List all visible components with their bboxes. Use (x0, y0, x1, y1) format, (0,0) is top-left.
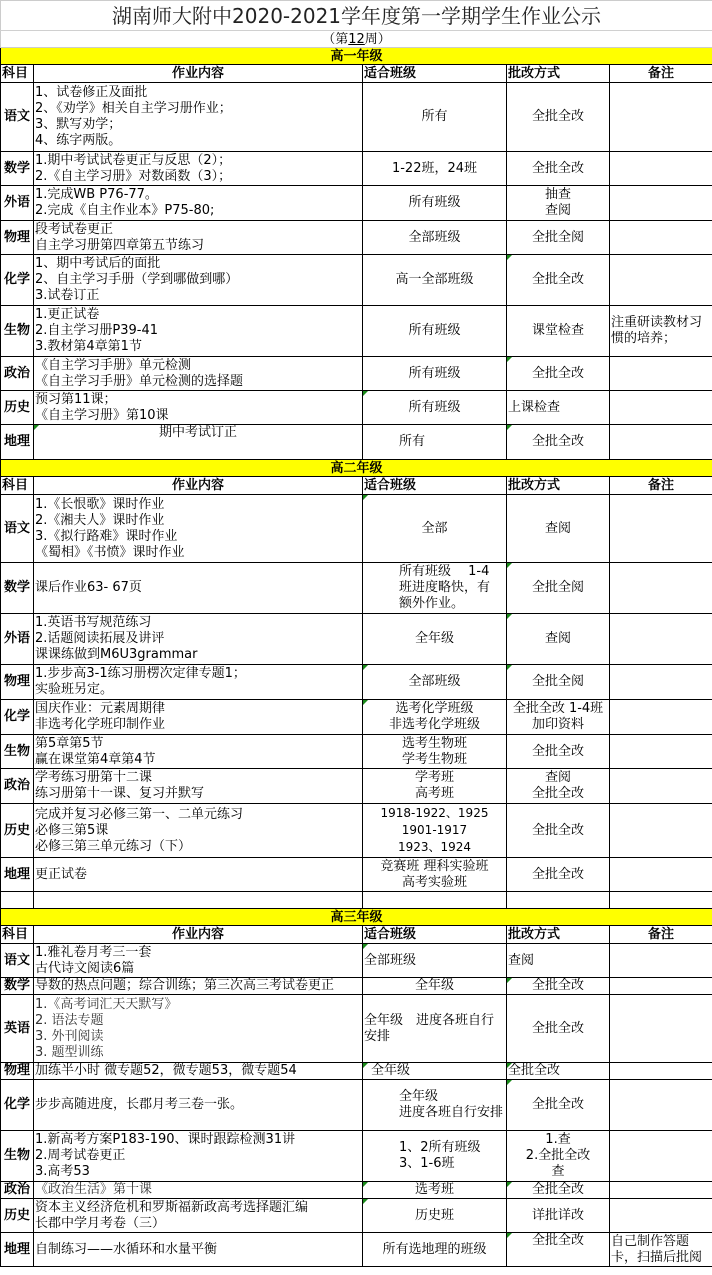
page-title: 湖南师大附中2020-2021学年度第一学期学生作业公示 (1, 1, 712, 31)
classes-cell: 选考生物班 学考生物班 (363, 735, 507, 769)
classes-cell: 1-22班，24班 (363, 152, 507, 186)
classes-cell: 所有班级 (363, 391, 507, 425)
grading-cell: 全批全改 (507, 1063, 610, 1080)
table-row: 英语 1.《高考词汇天天默写》 2. 语法专题 3. 外刊阅读 3. 题型训练 … (1, 995, 712, 1063)
grading-cell: 抽查 查阅 (507, 186, 610, 221)
classes-cell: 全部班级 (363, 944, 507, 978)
homework-table: 湖南师大附中2020-2021学年度第一学期学生作业公示 （第12周） 高一年级… (0, 0, 712, 1267)
notes-cell (610, 858, 712, 892)
classes-cell: 历史班 (363, 1199, 507, 1233)
notes-cell (610, 495, 712, 563)
content-cell: 自制练习——水循环和水量平衡 (34, 1233, 363, 1267)
header-classes: 适合班级 (363, 926, 507, 944)
content-cell: 《自主学习手册》单元检测 《自主学习手册》单元检测的选择题 (34, 357, 363, 391)
content-cell: 加练半小时 微专题52，微专题53，微专题54 (34, 1063, 363, 1080)
header-classes: 适合班级 (363, 477, 507, 495)
content-cell: 1.期中考试试卷更正与反思（2）； 2.《自主学习册》对数函数（3）； (34, 152, 363, 186)
notes-cell (610, 614, 712, 665)
content-cell: 步步高随进度，长郡月考三卷一张。 (34, 1080, 363, 1131)
table-row: 语文 1、试卷修正及面批 2、《劝学》相关自主学习册作业； 3、默写劝学； 4、… (1, 83, 712, 152)
classes-cell: 全年级 (363, 614, 507, 665)
classes-cell: 全年级 进度各班自行安排 (363, 995, 507, 1063)
header-content: 作业内容 (34, 477, 363, 495)
content-cell: 1.《高考词汇天天默写》 2. 语法专题 3. 外刊阅读 3. 题型训练 (34, 995, 363, 1063)
table-row: 历史 完成并复习必修三第一、二单元练习 必修三第5课 必修三第三单元练习（下） … (1, 804, 712, 858)
table-row: 历史 资本主义经济危机和罗斯福新政高考选择题汇编 长郡中学月考卷（三） 历史班 … (1, 1199, 712, 1233)
column-header-row: 科目 作业内容 适合班级 批改方式 备注 (1, 926, 712, 944)
table-row: 化学 国庆作业：元素周期律 非选考化学班印制作业 选考化学班级 非选考化学班级 … (1, 700, 712, 735)
table-row: 语文 1.《长恨歌》课时作业 2.《湘夫人》课时作业 3.《拟行路难》课时作业 … (1, 495, 712, 563)
content-cell: 1、期中考试后的面批 2、自主学习手册（学到哪做到哪） 3.试卷订正 (34, 255, 363, 306)
notes-cell (610, 425, 712, 460)
subject-cell: 语文 (1, 495, 34, 563)
grading-cell: 查阅 (507, 495, 610, 563)
content-cell: 导数的热点问题；综合训练；第三次高三考试卷更正 (34, 978, 363, 995)
grade-title: 高一年级 (1, 48, 712, 65)
notes-cell (610, 978, 712, 995)
grading-cell: 全批全改 (507, 735, 610, 769)
subject-cell: 生物 (1, 306, 34, 357)
notes-cell (610, 563, 712, 614)
notes-cell: 注重研读教材习惯的培养； (610, 306, 712, 357)
table-row: 地理 更正试卷 竞赛班 理科实验班 高考实验班 全批全改 (1, 858, 712, 892)
table-row: 政治 《自主学习手册》单元检测 《自主学习手册》单元检测的选择题 所有班级 全批… (1, 357, 712, 391)
subject-cell: 数学 (1, 563, 34, 614)
notes-cell (610, 944, 712, 978)
grading-cell: 查阅 全批全改 (507, 769, 610, 804)
notes-cell (610, 1080, 712, 1131)
subject-cell: 历史 (1, 1199, 34, 1233)
content-cell: 预习第11课； 《自主学习册》第10课 (34, 391, 363, 425)
content-cell: 资本主义经济危机和罗斯福新政高考选择题汇编 长郡中学月考卷（三） (34, 1199, 363, 1233)
table-row: 化学 步步高随进度，长郡月考三卷一张。 全年级 进度各班自行安排 全批全改 (1, 1080, 712, 1131)
classes-cell: 所有 (363, 425, 507, 460)
subject-cell: 物理 (1, 1063, 34, 1080)
content-cell: 1.步步高3-1练习册楞次定律专题1； 实验班另定。 (34, 665, 363, 700)
notes-cell (610, 1182, 712, 1199)
notes-cell (610, 255, 712, 306)
content-cell: 完成并复习必修三第一、二单元练习 必修三第5课 必修三第三单元练习（下） (34, 804, 363, 858)
table-row: 物理 加练半小时 微专题52，微专题53，微专题54 全年级 全批全改 (1, 1063, 712, 1080)
content-cell: 学考练习册第十二课 练习册第十一课、复习并默写 (34, 769, 363, 804)
content-cell: 第5章第5节 赢在课堂第4章第4节 (34, 735, 363, 769)
notes-cell (610, 357, 712, 391)
subject-cell: 生物 (1, 735, 34, 769)
grade-header-row: 高二年级 (1, 460, 712, 477)
content-cell: 1、试卷修正及面批 2、《劝学》相关自主学习册作业； 3、默写劝学； 4、练字两… (34, 83, 363, 152)
grading-cell: 全批全改 (507, 152, 610, 186)
classes-cell: 所有班级 (363, 357, 507, 391)
subject-cell: 政治 (1, 1182, 34, 1199)
empty-cell (507, 892, 610, 909)
classes-cell: 所有班级 1-4班进度略快，有额外作业。 (363, 563, 507, 614)
subject-cell: 政治 (1, 357, 34, 391)
header-notes: 备注 (610, 926, 712, 944)
column-header-row: 科目 作业内容 适合班级 批改方式 备注 (1, 477, 712, 495)
empty-cell (610, 892, 712, 909)
classes-cell: 所有班级 (363, 186, 507, 221)
table-row: 地理 自制练习——水循环和水量平衡 所有选地理的班级 全批全改 自己制作答题卡，… (1, 1233, 712, 1267)
header-grading: 批改方式 (507, 477, 610, 495)
grading-cell: 上课检查 (507, 391, 610, 425)
grading-cell: 全批全阅 (507, 665, 610, 700)
subject-cell: 化学 (1, 255, 34, 306)
week-subtitle: （第12周） (1, 31, 712, 48)
classes-cell: 竞赛班 理科实验班 高考实验班 (363, 858, 507, 892)
classes-cell: 选考化学班级 非选考化学班级 (363, 700, 507, 735)
content-cell: 国庆作业：元素周期律 非选考化学班印制作业 (34, 700, 363, 735)
subject-cell: 生物 (1, 1131, 34, 1182)
grade-title: 高三年级 (1, 909, 712, 926)
subject-cell: 数学 (1, 978, 34, 995)
table-row: 数学 1.期中考试试卷更正与反思（2）； 2.《自主学习册》对数函数（3）； 1… (1, 152, 712, 186)
table-row: 数学 导数的热点问题；综合训练；第三次高三考试卷更正 全年级 全批全改 (1, 978, 712, 995)
column-header-row: 科目 作业内容 适合班级 批改方式 备注 (1, 65, 712, 83)
notes-cell (610, 700, 712, 735)
grading-cell: 全批全阅 (507, 563, 610, 614)
subject-cell: 英语 (1, 995, 34, 1063)
classes-cell: 所有班级 (363, 306, 507, 357)
notes-cell (610, 769, 712, 804)
table-row: 历史 预习第11课； 《自主学习册》第10课 所有班级 上课检查 (1, 391, 712, 425)
header-notes: 备注 (610, 65, 712, 83)
notes-cell (610, 1063, 712, 1080)
header-subject: 科目 (1, 926, 34, 944)
header-classes: 适合班级 (363, 65, 507, 83)
subject-cell: 地理 (1, 1233, 34, 1267)
table-row: 外语 1.英语书写规范练习 2.话题阅读拓展及讲评 课课练做到M6U3gramm… (1, 614, 712, 665)
grading-cell: 全批全改 (507, 1233, 610, 1267)
content-cell: 段考试卷更正 自主学习册第四章第五节练习 (34, 221, 363, 255)
classes-cell: 所有 (363, 83, 507, 152)
notes-cell (610, 1131, 712, 1182)
classes-cell: 全年级 (363, 978, 507, 995)
classes-cell: 1918-1922、1925 1901-1917 1923、1924 (363, 804, 507, 858)
notes-cell (610, 1199, 712, 1233)
classes-cell: 高一全部班级 (363, 255, 507, 306)
content-cell: 1.完成WB P76-77。 2.完成《自主作业本》P75-80; (34, 186, 363, 221)
grading-cell: 全批全改 (507, 357, 610, 391)
grade-header-row: 高三年级 (1, 909, 712, 926)
table-row: 生物 1.更正试卷 2.自主学习册P39-41 3.教材第4章第1节 所有班级 … (1, 306, 712, 357)
subject-cell: 化学 (1, 1080, 34, 1131)
subject-cell: 外语 (1, 186, 34, 221)
subject-cell: 物理 (1, 665, 34, 700)
empty-cell (363, 892, 507, 909)
classes-cell: 选考班 (363, 1182, 507, 1199)
empty-cell (34, 892, 363, 909)
header-subject: 科目 (1, 65, 34, 83)
notes-cell (610, 152, 712, 186)
classes-cell: 1、2所有班级 3、1-6班 (363, 1131, 507, 1182)
content-cell: 1.新高考方案P183-190、课时跟踪检测31讲 2.周考试卷更正 3.高考5… (34, 1131, 363, 1182)
notes-cell (610, 735, 712, 769)
header-notes: 备注 (610, 477, 712, 495)
grading-cell: 全批全改 (507, 804, 610, 858)
grading-cell: 全批全阅 (507, 221, 610, 255)
content-cell: 1.更正试卷 2.自主学习册P39-41 3.教材第4章第1节 (34, 306, 363, 357)
content-cell: 课后作业63- 67页 (34, 563, 363, 614)
subtitle-suffix: 周） (365, 32, 391, 47)
table-row: 生物 第5章第5节 赢在课堂第4章第4节 选考生物班 学考生物班 全批全改 (1, 735, 712, 769)
subject-cell: 外语 (1, 614, 34, 665)
notes-cell (610, 221, 712, 255)
classes-cell: 所有选地理的班级 (363, 1233, 507, 1267)
subject-cell: 政治 (1, 769, 34, 804)
grading-cell: 全批全改 (507, 858, 610, 892)
content-cell: 更正试卷 (34, 858, 363, 892)
notes-cell: 自己制作答题卡，扫描后批阅 (610, 1233, 712, 1267)
empty-row (1, 892, 712, 909)
classes-cell: 学考班 高考班 (363, 769, 507, 804)
table-row: 数学 课后作业63- 67页 所有班级 1-4班进度略快，有额外作业。 全批全阅 (1, 563, 712, 614)
empty-cell (1, 892, 34, 909)
content-cell: 1.雅礼卷月考三一套 古代诗文阅读6篇 (34, 944, 363, 978)
table-row: 物理 1.步步高3-1练习册楞次定律专题1； 实验班另定。 全部班级 全批全阅 (1, 665, 712, 700)
grading-cell: 全批全改 (507, 1182, 610, 1199)
classes-cell: 全部班级 (363, 665, 507, 700)
notes-cell (610, 804, 712, 858)
grading-cell: 1.查 2.全批全改 查 (507, 1131, 610, 1182)
subject-cell: 数学 (1, 152, 34, 186)
classes-cell: 全部 (363, 495, 507, 563)
subject-cell: 地理 (1, 858, 34, 892)
grading-cell: 查阅 (507, 944, 610, 978)
table-row: 地理 期中考试订正 所有 全批全改 (1, 425, 712, 460)
content-cell: 1.《长恨歌》课时作业 2.《湘夫人》课时作业 3.《拟行路难》课时作业 《蜀相… (34, 495, 363, 563)
notes-cell (610, 995, 712, 1063)
content-cell: 1.英语书写规范练习 2.话题阅读拓展及讲评 课课练做到M6U3grammar (34, 614, 363, 665)
subject-cell: 地理 (1, 425, 34, 460)
grading-cell: 查阅 (507, 614, 610, 665)
classes-cell: 全部班级 (363, 221, 507, 255)
notes-cell (610, 186, 712, 221)
content-cell: 期中考试订正 (34, 425, 363, 460)
grade-header-row: 高一年级 (1, 48, 712, 65)
grading-cell: 全批全改 (507, 83, 610, 152)
subject-cell: 物理 (1, 221, 34, 255)
header-content: 作业内容 (34, 65, 363, 83)
subject-cell: 语文 (1, 83, 34, 152)
grading-cell: 全批全改 (507, 1080, 610, 1131)
header-grading: 批改方式 (507, 65, 610, 83)
classes-cell: 全年级 进度各班自行安排 (363, 1080, 507, 1131)
week-number: 12 (348, 32, 365, 47)
subject-cell: 历史 (1, 391, 34, 425)
classes-cell: 全年级 (363, 1063, 507, 1080)
grading-cell: 全批全改 (507, 425, 610, 460)
notes-cell (610, 391, 712, 425)
table-row: 化学 1、期中考试后的面批 2、自主学习手册（学到哪做到哪） 3.试卷订正 高一… (1, 255, 712, 306)
grade-title: 高二年级 (1, 460, 712, 477)
notes-cell (610, 83, 712, 152)
grading-cell: 全批全改 1-4班 加印资料 (507, 700, 610, 735)
subject-cell: 历史 (1, 804, 34, 858)
title-row: 湖南师大附中2020-2021学年度第一学期学生作业公示 (1, 1, 712, 31)
table-row: 政治 《政治生活》第十课 选考班 全批全改 (1, 1182, 712, 1199)
grading-cell: 详批详改 (507, 1199, 610, 1233)
header-content: 作业内容 (34, 926, 363, 944)
grading-cell: 全批全改 (507, 995, 610, 1063)
notes-cell (610, 665, 712, 700)
table-row: 物理 段考试卷更正 自主学习册第四章第五节练习 全部班级 全批全阅 (1, 221, 712, 255)
table-row: 生物 1.新高考方案P183-190、课时跟踪检测31讲 2.周考试卷更正 3.… (1, 1131, 712, 1182)
table-row: 语文 1.雅礼卷月考三一套 古代诗文阅读6篇 全部班级 查阅 (1, 944, 712, 978)
grading-cell: 课堂检查 (507, 306, 610, 357)
grading-cell: 全批全改 (507, 255, 610, 306)
subject-cell: 语文 (1, 944, 34, 978)
subtitle-row: （第12周） (1, 31, 712, 48)
grading-cell: 全批全改 (507, 978, 610, 995)
table-row: 外语 1.完成WB P76-77。 2.完成《自主作业本》P75-80; 所有班… (1, 186, 712, 221)
content-cell: 《政治生活》第十课 (34, 1182, 363, 1199)
header-grading: 批改方式 (507, 926, 610, 944)
subject-cell: 化学 (1, 700, 34, 735)
table-row: 政治 学考练习册第十二课 练习册第十一课、复习并默写 学考班 高考班 查阅 全批… (1, 769, 712, 804)
subtitle-prefix: （第 (322, 32, 348, 47)
header-subject: 科目 (1, 477, 34, 495)
